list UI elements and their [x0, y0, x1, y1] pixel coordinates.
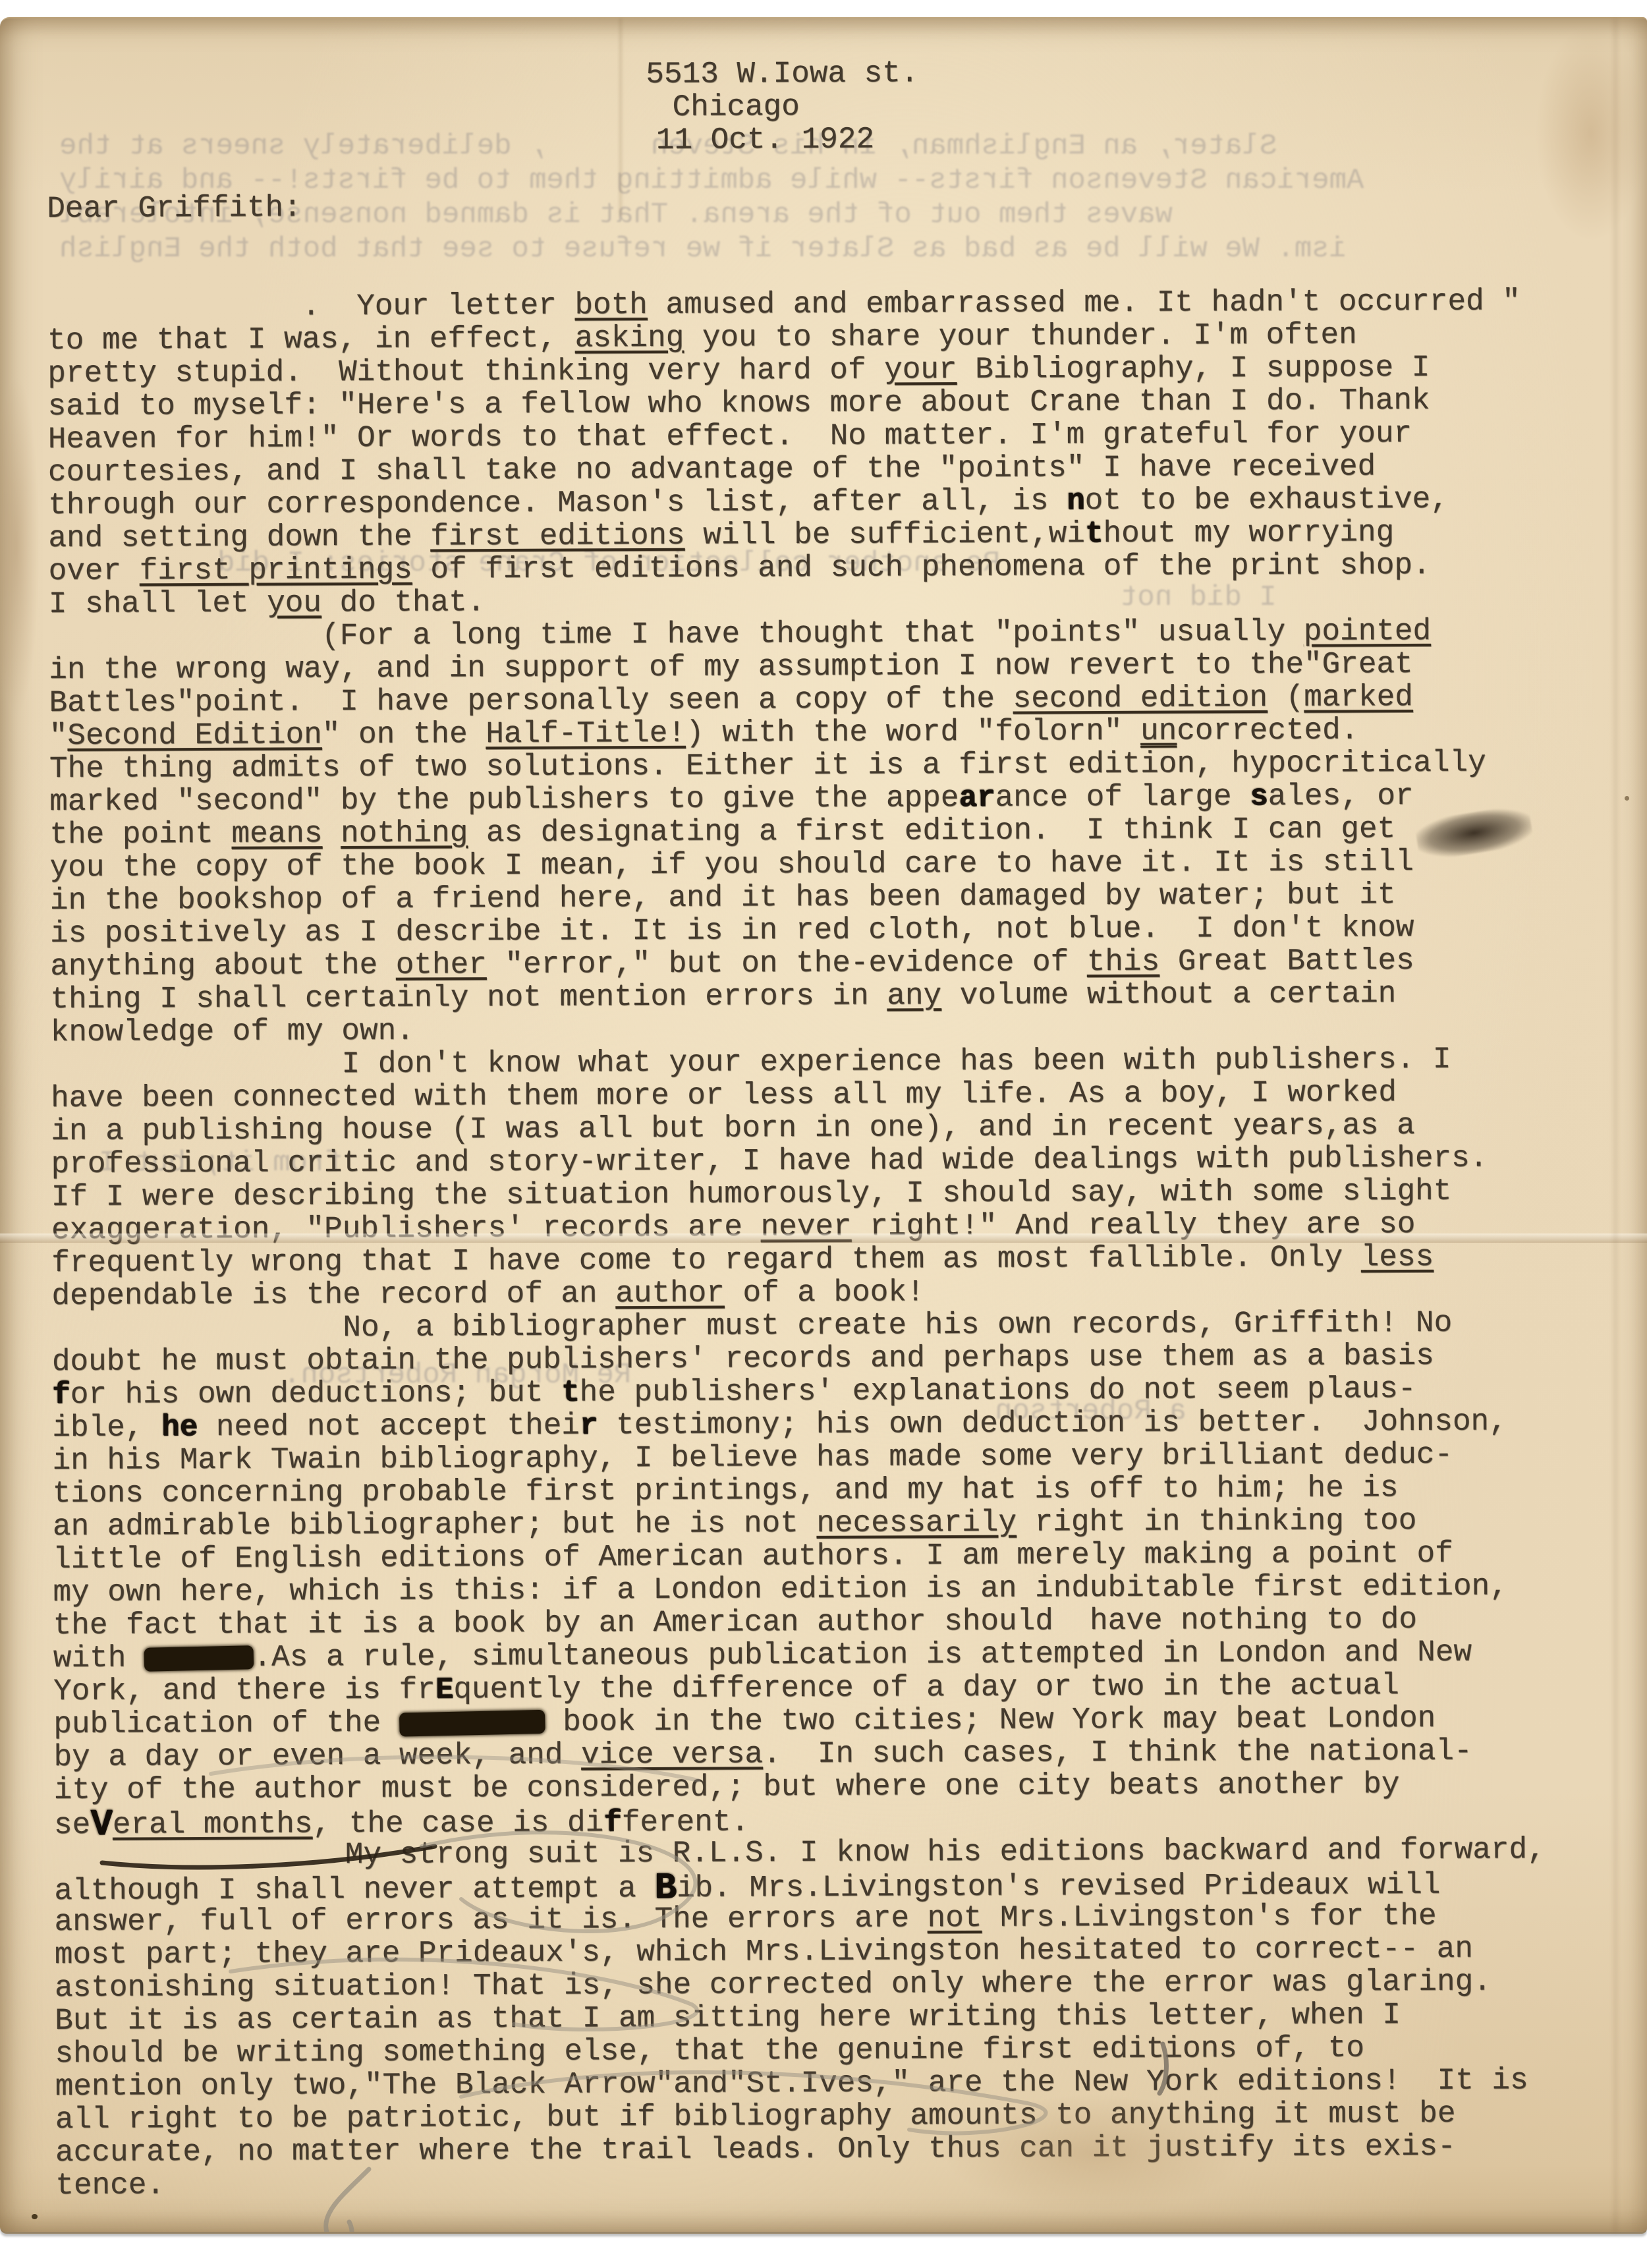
address-line: 11 Oct. 1922 [656, 120, 1628, 157]
letter-line: thing I shall certainly not mention erro… [50, 977, 1631, 1016]
address-line: Chicago [672, 87, 1627, 124]
scanned-letter: { "colors": { "paper": "#e9d7b7", "ink":… [0, 0, 1647, 2268]
letter-line: Battles"point. I have personally seen a … [49, 680, 1630, 720]
ink-blackout [399, 1710, 545, 1737]
address-line: 5513 W.Iowa st. [646, 54, 1627, 92]
letter-line: accurate, no matter where the trail lead… [55, 2129, 1636, 2169]
paper-stain [0, 374, 40, 717]
letter-line: ity of the author must be considered,; b… [54, 1767, 1635, 1807]
letter-line: frequently wrong that I have come to reg… [51, 1240, 1633, 1280]
letter-line: But it is as certain as that I am sittin… [55, 1997, 1636, 2037]
letter-line: . Your letter both amused and embarrasse… [47, 285, 1629, 324]
letter-line: over first printings of first editions a… [49, 548, 1630, 588]
ink-blackout [144, 1645, 254, 1672]
letter-page: Slater, an Englishman, in his Steven , d… [0, 17, 1647, 2234]
letter-body: 5513 W.Iowa st.Chicago11 Oct. 1922 Dear … [46, 12, 1636, 2202]
paper-speck [32, 2214, 38, 2219]
letter-line: Heaven for him!" Or words to that effect… [48, 416, 1629, 456]
